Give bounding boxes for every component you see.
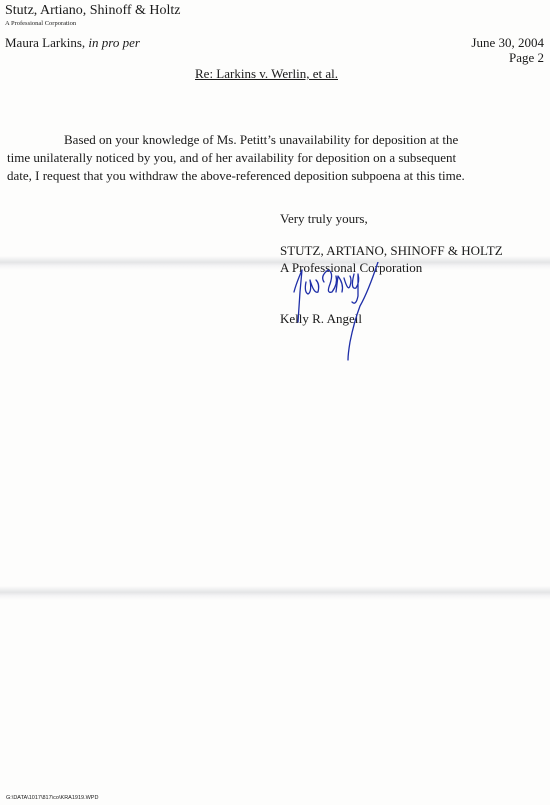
body-line: Based on your knowledge of Ms. Petitt’s … (7, 131, 547, 149)
handwritten-signature (290, 262, 380, 362)
body-paragraph: Based on your knowledge of Ms. Petitt’s … (7, 131, 547, 185)
recipient-designation: in pro per (88, 35, 140, 50)
subject-line: Re: Larkins v. Werlin, et al. (195, 66, 338, 82)
recipient-line: Maura Larkins, in pro per (5, 35, 140, 51)
paper-fold-crease (0, 586, 550, 600)
letter-date: June 30, 2004 (471, 35, 544, 51)
closing-salutation: Very truly yours, (280, 211, 368, 227)
recipient-name: Maura Larkins, (5, 35, 85, 50)
body-line: date, I request that you withdraw the ab… (7, 167, 547, 185)
letterhead-firm-subtitle: A Professional Corporation (5, 20, 76, 27)
letterhead-firm-name: Stutz, Artiano, Shinoff & Holtz (5, 3, 181, 19)
body-line: time unilaterally noticed by you, and of… (7, 149, 547, 167)
signature-firm-name: STUTZ, ARTIANO, SHINOFF & HOLTZ (280, 243, 503, 259)
page-number: Page 2 (509, 50, 544, 66)
document-file-path: G:\DATA\1017\817\co\KRA1919.WPD (6, 795, 98, 801)
